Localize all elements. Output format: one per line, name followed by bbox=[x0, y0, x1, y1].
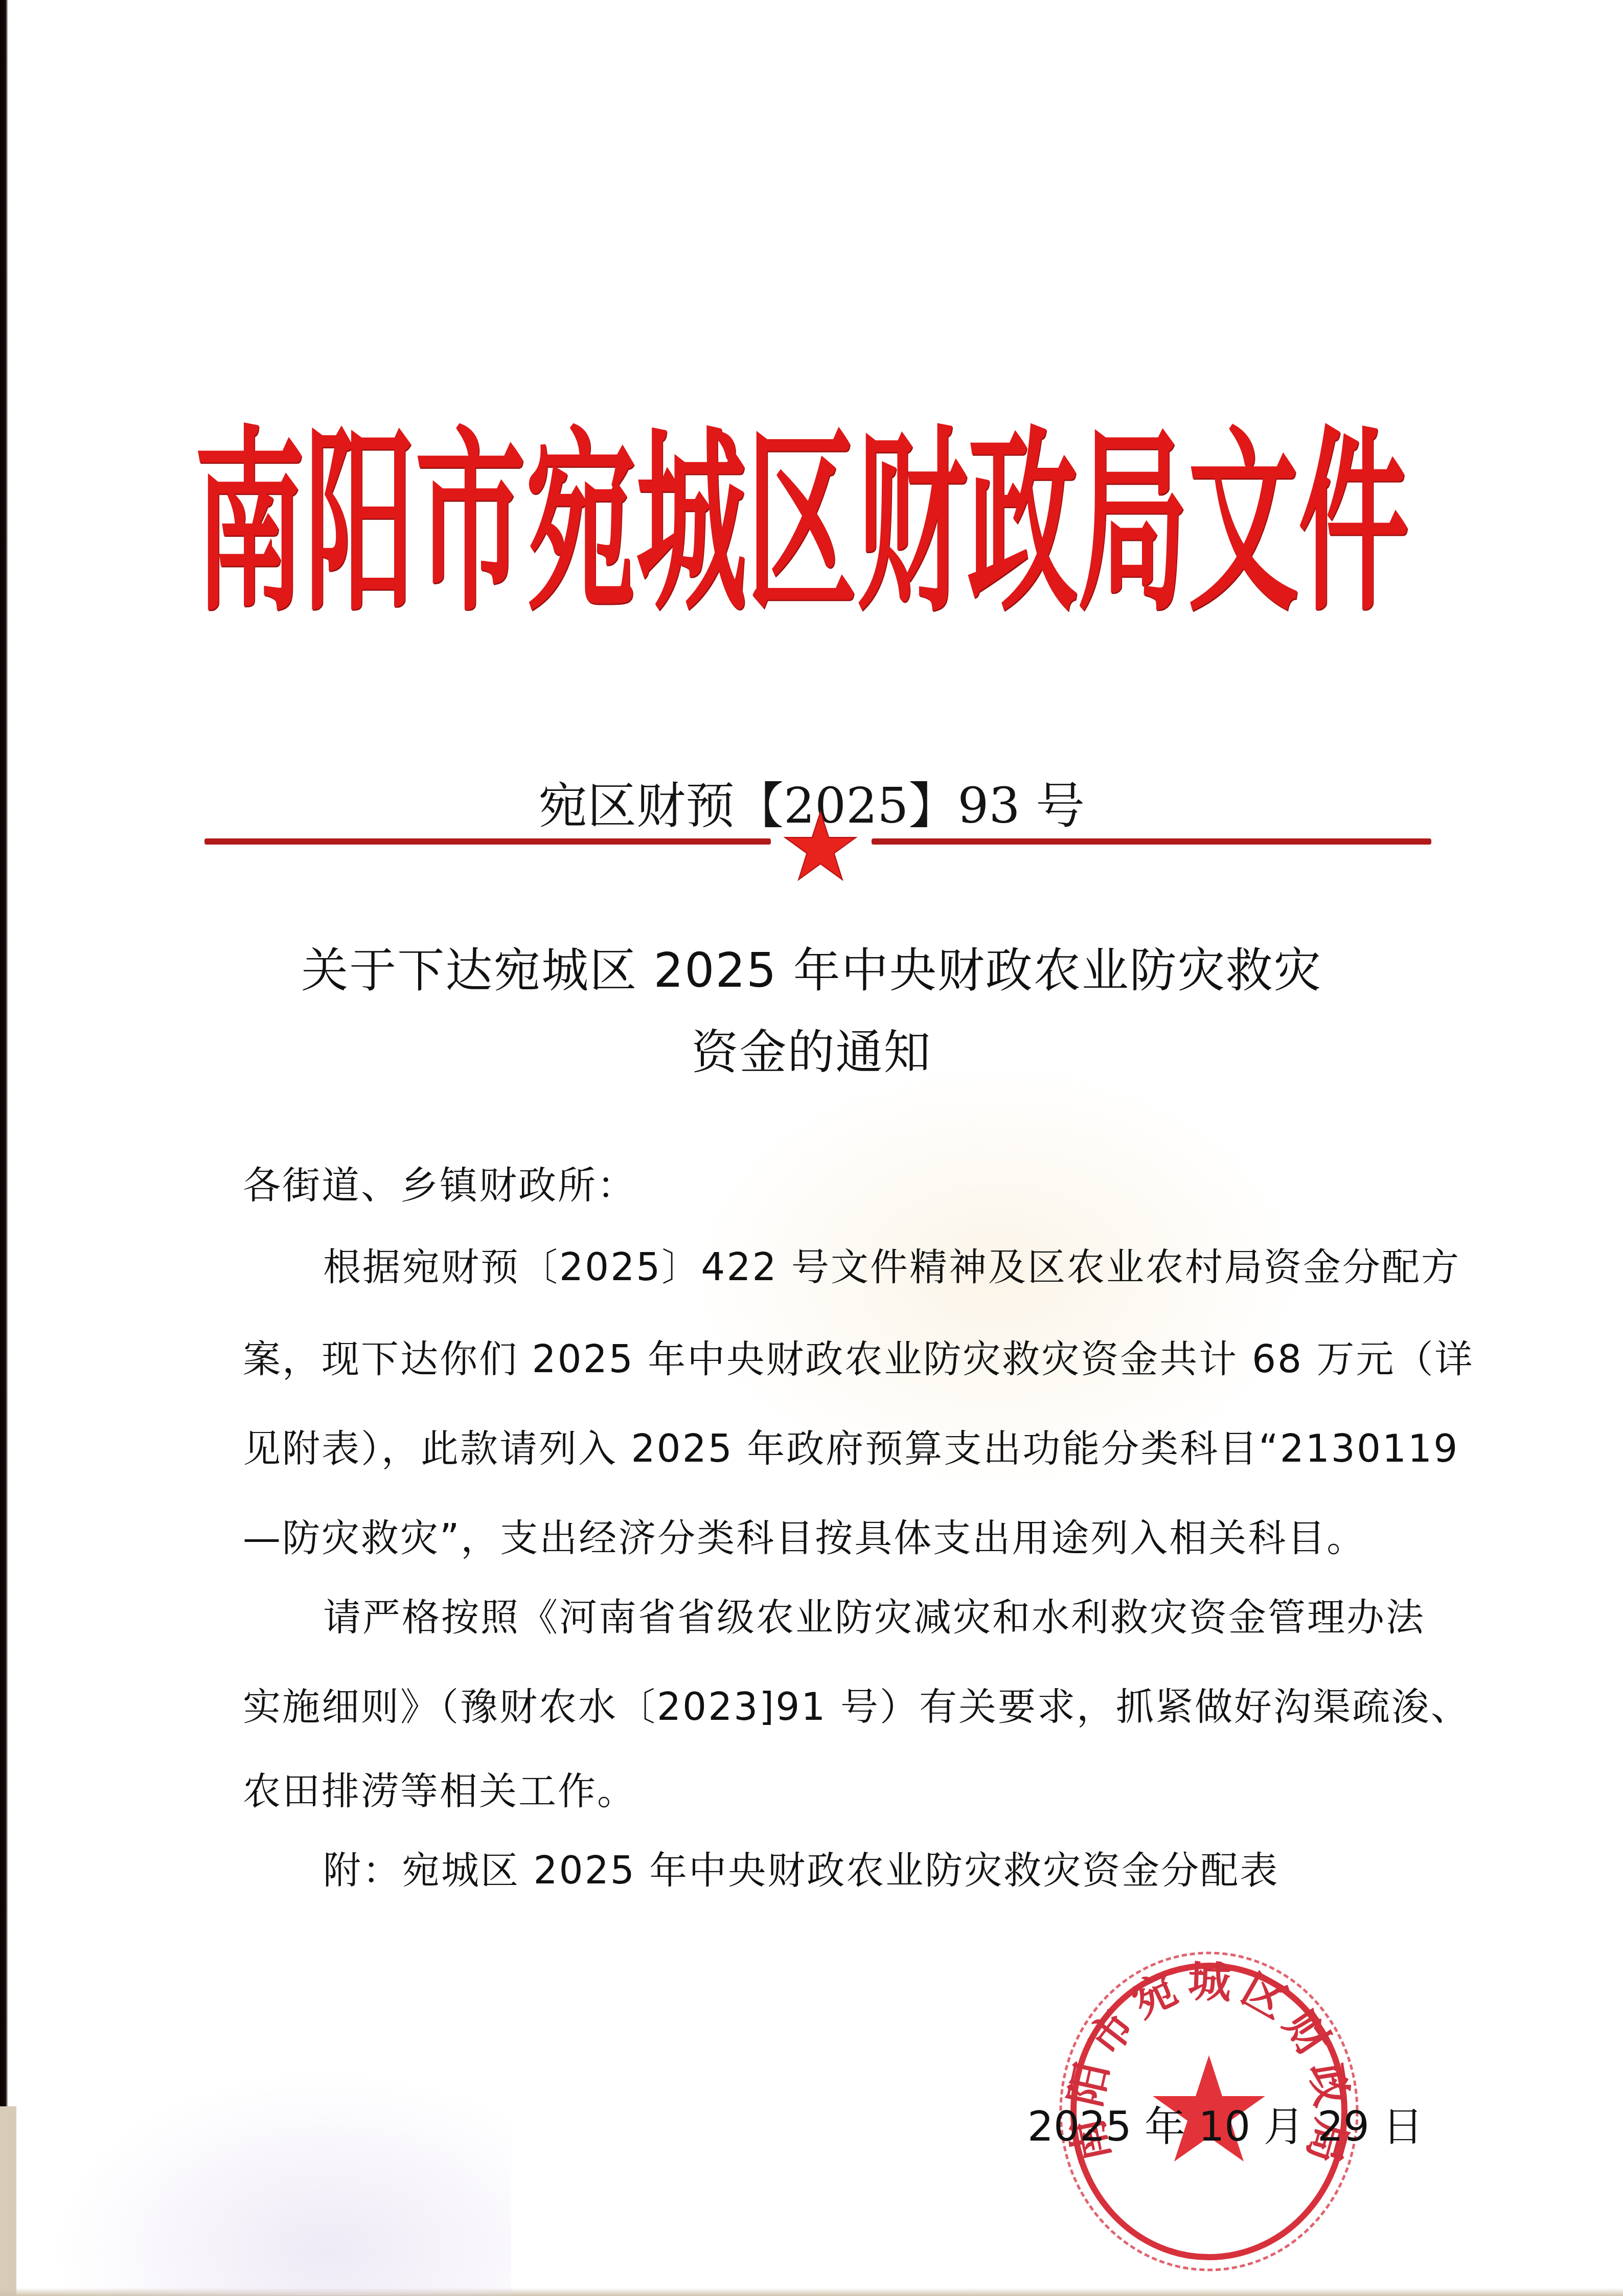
document-title-line2: 资金的通知 bbox=[0, 1015, 1623, 1082]
paragraph-1-line-2: 案，现下达你们 2025 年中央财政农业防灾救灾资金共计 68 万元（详 bbox=[243, 1329, 1474, 1383]
salutation: 各街道、乡镇财政所： bbox=[243, 1155, 636, 1210]
photo-haze bbox=[51, 2071, 511, 2295]
paragraph-1-line-3: 见附表），此款请列入 2025 年政府预算支出功能分类科目“2130119 bbox=[243, 1419, 1459, 1473]
star-icon bbox=[782, 810, 859, 882]
page-bottom-edge bbox=[0, 2288, 1623, 2296]
document-masthead: 南阳市宛城区财政局文件 bbox=[194, 375, 1453, 637]
attachment-note: 附：宛城区 2025 年中央财政农业防灾救灾资金分配表 bbox=[323, 1840, 1279, 1895]
issue-date: 2025 年 10 月 29 日 bbox=[1027, 2094, 1423, 2152]
paragraph-1-line-4: —防灾救灾”，支出经济分类科目按具体支出用途列入相关科目。 bbox=[243, 1508, 1366, 1562]
document-title-line1: 关于下达宛城区 2025 年中央财政农业防灾救灾 bbox=[0, 933, 1623, 1001]
paragraph-1-line-1: 根据宛财预〔2025〕422 号文件精神及区农业农村局资金分配方 bbox=[323, 1237, 1460, 1291]
paragraph-2-line-1: 请严格按照《河南省省级农业防灾减灾和水利救灾资金管理办法 bbox=[323, 1587, 1425, 1642]
paragraph-2-line-2: 实施细则》（豫财农水〔2023]91 号）有关要求，抓紧做好沟渠疏浚、 bbox=[243, 1677, 1470, 1731]
red-divider-left bbox=[204, 838, 771, 845]
desk-surface bbox=[0, 2106, 16, 2296]
red-divider-right bbox=[872, 838, 1431, 845]
paragraph-2-line-3: 农田排涝等相关工作。 bbox=[243, 1761, 636, 1815]
